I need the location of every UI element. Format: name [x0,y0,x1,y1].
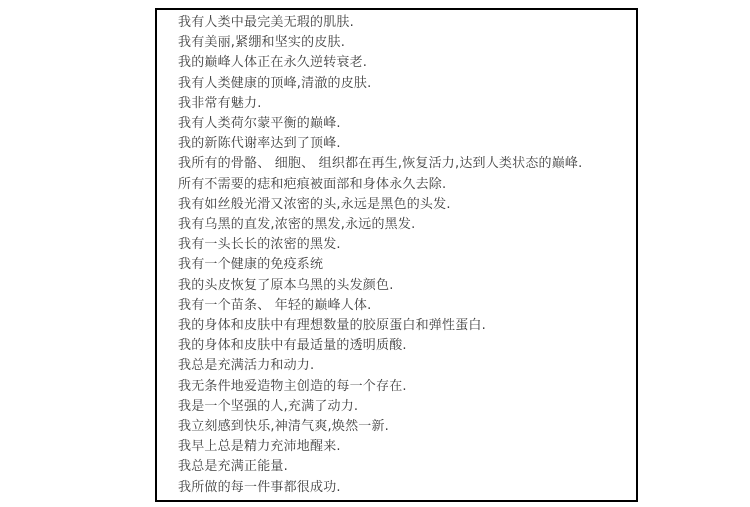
affirmation-line: 我有人类健康的顶峰,清澈的皮肤. [178,74,632,94]
affirmation-line: 所有不需要的痣和疤痕被面部和身体永久去除. [178,175,632,195]
affirmation-line: 我非常有魅力. [178,94,632,114]
affirmation-line: 我所有的骨骼、 细胞、 组织都在再生,恢复活力,达到人类状态的巅峰. [178,154,632,174]
affirmation-line: 我有如丝般光滑又浓密的头,永远是黑色的头发. [178,195,632,215]
affirmation-line: 我有人类荷尔蒙平衡的巅峰. [178,114,632,134]
affirmation-line: 我的巅峰人体正在永久逆转衰老. [178,53,632,73]
affirmation-line: 我有美丽,紧绷和坚实的皮肤. [178,33,632,53]
affirmation-line: 我有乌黑的直发,浓密的黑发,永远的黑发. [178,215,632,235]
affirmation-line: 我立刻感到快乐,神清气爽,焕然一新. [178,417,632,437]
affirmation-line: 我总是充满正能量. [178,457,632,477]
affirmation-line: 我的头皮恢复了原本乌黑的头发颜色. [178,276,632,296]
affirmation-line: 我早上总是精力充沛地醒来. [178,437,632,457]
page-background: 我有人类中最完美无瑕的肌肤.我有美丽,紧绷和坚实的皮肤.我的巅峰人体正在永久逆转… [0,0,750,507]
affirmation-line: 我无条件地爱造物主创造的每一个存在. [178,377,632,397]
affirmation-text-box: 我有人类中最完美无瑕的肌肤.我有美丽,紧绷和坚实的皮肤.我的巅峰人体正在永久逆转… [155,8,638,502]
affirmation-line: 我是一个坚强的人,充满了动力. [178,397,632,417]
affirmation-line: 我有一个苗条、 年轻的巅峰人体. [178,296,632,316]
affirmation-line: 我所做的每一件事都很成功. [178,478,632,498]
affirmation-line: 我的身体和皮肤中有理想数量的胶原蛋白和弹性蛋白. [178,316,632,336]
affirmation-line: 我有一个健康的免疫系统 [178,255,632,275]
affirmation-line: 我有一头长长的浓密的黑发. [178,235,632,255]
affirmation-line: 我的身体和皮肤中有最适量的透明质酸. [178,336,632,356]
affirmation-line: 我有人类中最完美无瑕的肌肤. [178,13,632,33]
affirmation-line: 我的新陈代谢率达到了顶峰. [178,134,632,154]
affirmation-line: 我总是充满活力和动力. [178,356,632,376]
